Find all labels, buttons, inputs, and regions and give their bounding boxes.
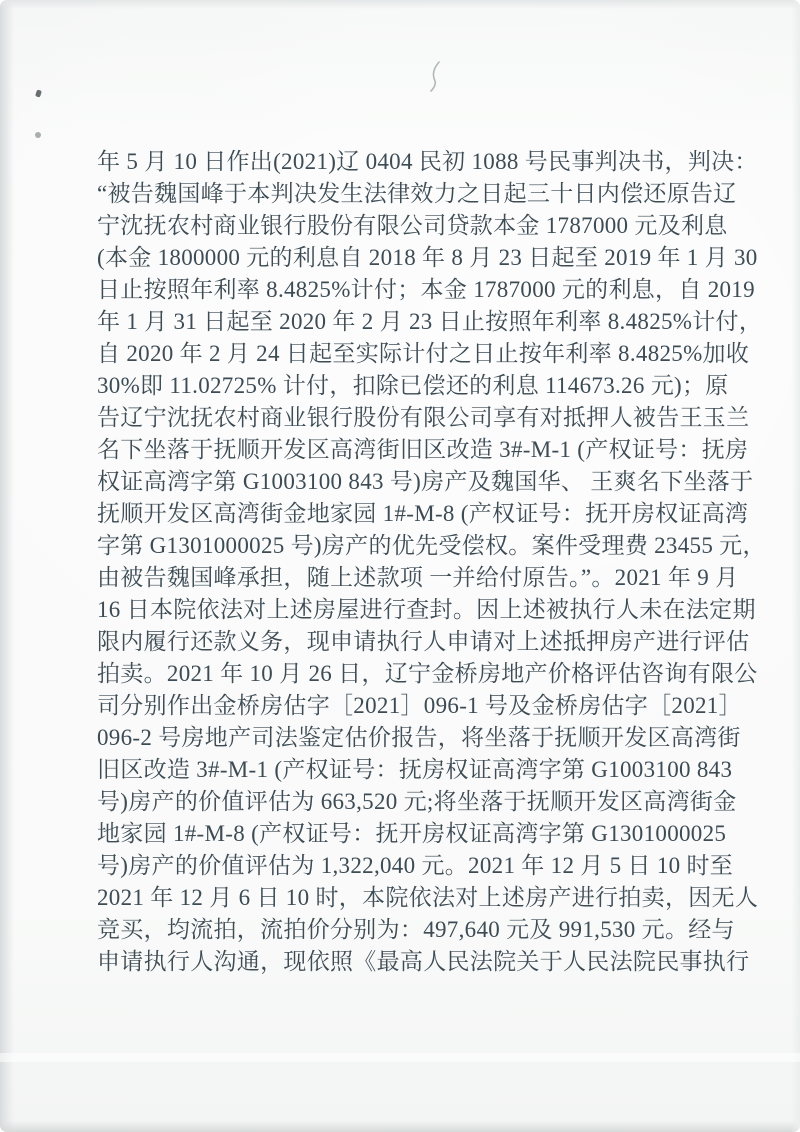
text-line: 年 5 月 10 日作出(2021)辽 0404 民初 1088 号民事判决书，…: [97, 146, 714, 178]
text-line: 司分别作出金桥房估字［2021］096-1 号及金桥房估字［2021］: [97, 690, 714, 722]
text-line: 号)房产的价值评估为 1,322,040 元。2021 年 12 月 5 日 1…: [97, 850, 714, 882]
text-line: 地家园 1#-M-8 (产权证号：抚开房权证高湾字第 G1301000025: [97, 818, 714, 850]
scan-edge-right: [791, 0, 800, 1132]
text-line: 限内履行还款义务，现申请执行人申请对上述抵押房产进行评估: [97, 626, 714, 658]
scan-edge-bottom: [0, 1121, 800, 1132]
text-line: “被告魏国峰于本判决发生法律效力之日起三十日内偿还原告辽: [97, 178, 714, 210]
scan-edge-left: [0, 0, 14, 1132]
text-line: 096-2 号房地产司法鉴定估价报告，将坐落于抚顺开发区高湾街: [97, 722, 714, 754]
scan-speck: [35, 132, 41, 138]
text-line: 字第 G1301000025 号)房产的优先受偿权。案件受理费 23455 元，: [97, 530, 714, 562]
text-line: 告辽宁沈抚农村商业银行股份有限公司享有对抵押人被告王玉兰: [97, 402, 714, 434]
document-text: 年 5 月 10 日作出(2021)辽 0404 民初 1088 号民事判决书，…: [97, 146, 714, 978]
text-line: 旧区改造 3#-M-1 (产权证号：抚房权证高湾字第 G1003100 843: [97, 754, 714, 786]
text-line: 16 日本院依法对上述房屋进行查封。因上述被执行人未在法定期: [97, 594, 714, 626]
text-line: 由被告魏国峰承担，随上述款项 一并给付原告。”。2021 年 9 月: [97, 562, 714, 594]
text-line: 年 1 月 31 日起至 2020 年 2 月 23 日止按照年利率 8.482…: [97, 306, 714, 338]
text-line: 名下坐落于抚顺开发区高湾街旧区改造 3#-M-1 (产权证号：抚房: [97, 434, 714, 466]
scan-light-band: [0, 1053, 800, 1062]
text-line: 号)房产的价值评估为 663,520 元;将坐落于抚顺开发区高湾街金: [97, 786, 714, 818]
text-line: (本金 1800000 元的利息自 2018 年 8 月 23 日起至 2019…: [97, 242, 714, 274]
text-line: 拍卖。2021 年 10 月 26 日，辽宁金桥房地产价格评估咨询有限公: [97, 658, 714, 690]
text-line: 自 2020 年 2 月 24 日起至实际计付之日止按年利率 8.4825%加收: [97, 338, 714, 370]
scan-speck: [35, 89, 42, 97]
text-line: 30%即 11.02725% 计付，扣除已偿还的利息 114673.26 元)；…: [97, 370, 714, 402]
scan-artifact-mark: [428, 61, 444, 93]
scan-edge-top: [0, 0, 800, 9]
text-line: 申请执行人沟通，现依照《最高人民法院关于人民法院民事执行: [97, 946, 714, 978]
text-line: 2021 年 12 月 6 日 10 时，本院依法对上述房产进行拍卖，因无人: [97, 882, 714, 914]
text-line: 竞买，均流拍，流拍价分别为：497,640 元及 991,530 元。经与: [97, 914, 714, 946]
text-line: 日止按照年利率 8.4825%计付；本金 1787000 元的利息，自 2019: [97, 274, 714, 306]
text-line: 抚顺开发区高湾街金地家园 1#-M-8 (产权证号：抚开房权证高湾: [97, 498, 714, 530]
text-line: 宁沈抚农村商业银行股份有限公司贷款本金 1787000 元及利息: [97, 210, 714, 242]
scanned-document-page: 年 5 月 10 日作出(2021)辽 0404 民初 1088 号民事判决书，…: [0, 0, 800, 1132]
text-line: 权证高湾字第 G1003100 843 号)房产及魏国华、 王爽名下坐落于: [97, 466, 714, 498]
